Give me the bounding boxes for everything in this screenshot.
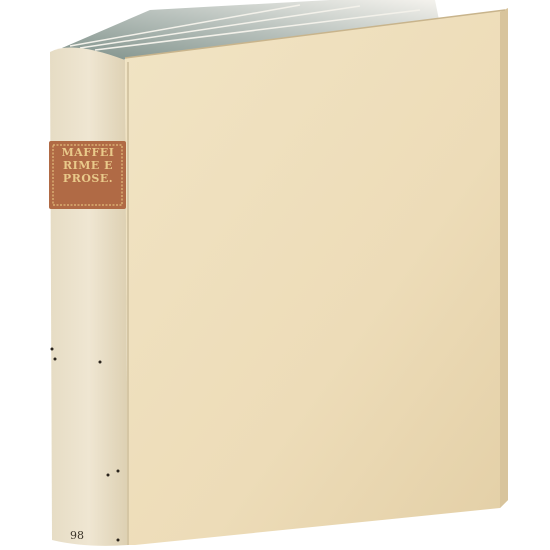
spine — [50, 48, 128, 546]
book-illustration — [0, 0, 550, 550]
spine-label-text: MAFFEI RIME E PROSE. — [52, 146, 124, 185]
book-photo: MAFFEI RIME E PROSE. 98 — [0, 0, 550, 550]
spine-number: 98 — [70, 529, 84, 542]
front-cover — [125, 10, 508, 545]
